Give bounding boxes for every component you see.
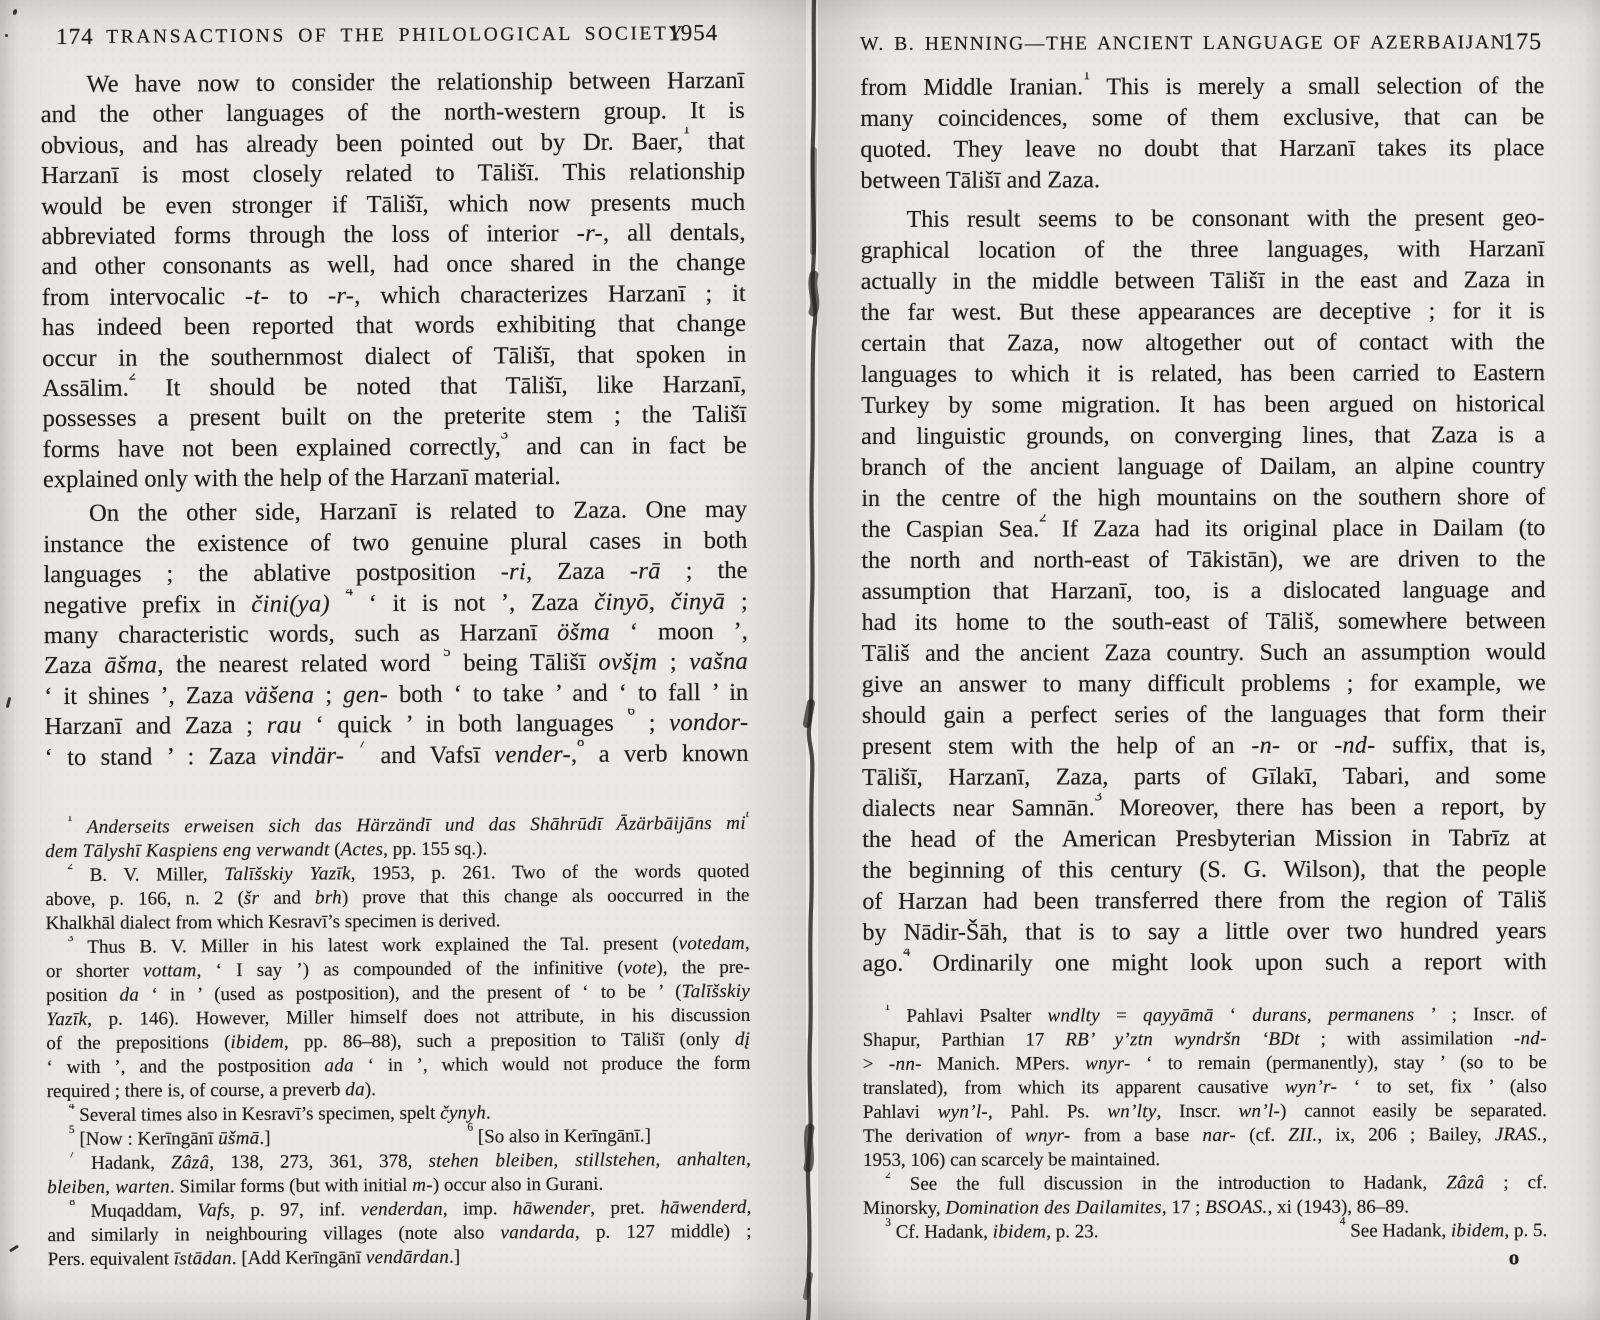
- text-line: ‘ with ’, and the postposition ada ‘ in …: [46, 1052, 750, 1080]
- left-page-footnotes: 1 Anderseits erweisen sich das Härzändī …: [45, 812, 752, 1272]
- left-header-year: 1954: [668, 20, 718, 46]
- text-line: and linguistic grounds, on converging li…: [861, 420, 1545, 453]
- footnote: 3 Cf. Hadank, ibidem, p. 23.4 See Hadank…: [863, 1219, 1547, 1245]
- footnote: 7 Hadank, Zâzâ, 138, 273, 361, 378, steh…: [47, 1148, 751, 1200]
- text-line: On the other side, Harzanī is related to…: [43, 495, 747, 530]
- footnote-pair-left: 5 [Now : Kerīngānī ūšmā.]: [47, 1127, 271, 1152]
- binding-gutter-line: [780, 0, 840, 1320]
- footnote: 3 Thus B. V. Miller in his latest work e…: [46, 932, 751, 1104]
- right-page-body: from Middle Iranian.1 This is merely a s…: [860, 71, 1546, 980]
- text-line: languages to which it is related, has be…: [861, 358, 1545, 391]
- text-line: ‘ to stand ’ : Zaza vindär- 7 and Vafsī …: [45, 738, 749, 773]
- left-running-title: TRANSACTIONS OF THE PHILOLOGICAL SOCIETY: [106, 23, 678, 48]
- text-line: the north and north-east of Tākistān), w…: [861, 544, 1545, 577]
- scan-margin-mark: [6, 697, 12, 708]
- text-line: Pers. equivalent īstādan. [Add Kerīngānī…: [48, 1244, 752, 1272]
- text-line: and the other languages of the north-wes…: [41, 96, 745, 131]
- footnote: 1 Anderseits erweisen sich das Härzändī …: [45, 812, 749, 864]
- text-line: obvious, and has already been pointed ou…: [41, 127, 745, 162]
- text-line: by Nādir-Šāh, that is to say a little ov…: [862, 916, 1546, 949]
- footnote: 2 See the full discussion in the introdu…: [863, 1171, 1547, 1221]
- footnote-pair-right: 6 [So also in Kerīngānī.]: [467, 1124, 651, 1149]
- text-line: Zaza āšma, the nearest related word 5 be…: [44, 647, 748, 682]
- text-line: actually in the middle between Tālišī in…: [861, 265, 1545, 298]
- text-line: give an answer to many difficult problem…: [862, 668, 1546, 701]
- text-line: instance the existence of two genuine pl…: [43, 526, 747, 561]
- text-line: We have now to consider the relationship…: [40, 66, 744, 101]
- text-line: branch of the ancient language of Dailam…: [861, 451, 1545, 484]
- text-line: 1 Anderseits erweisen sich das Härzändī …: [45, 812, 749, 840]
- text-line: Shapur, Parthian 17 RB’ y’ztn wyndršn ‘B…: [863, 1027, 1547, 1053]
- text-line: Minorsky, Domination des Dailamites, 17 …: [863, 1195, 1547, 1221]
- footnote: 1 Pahlavi Psalter wndlty = qayyāmā ‘ dur…: [863, 1003, 1547, 1173]
- text-line: and other consonants as well, had once s…: [42, 248, 746, 283]
- book-scan: 174 TRANSACTIONS OF THE PHILOLOGICAL SOC…: [0, 0, 1600, 1320]
- text-line: Pahlavi wyn’l-, Pahl. Ps. wn’lty, Inscr.…: [863, 1099, 1547, 1125]
- text-line: the head of the American Presbyterian Mi…: [862, 823, 1546, 856]
- scan-speck: [5, 34, 8, 37]
- text-line: from Middle Iranian.1 This is merely a s…: [860, 71, 1544, 104]
- text-line: should gain a perfect series of the lang…: [862, 699, 1546, 732]
- text-line: 2 See the full discussion in the introdu…: [863, 1171, 1547, 1197]
- page-left: 174 TRANSACTIONS OF THE PHILOLOGICAL SOC…: [40, 0, 752, 1320]
- text-line: the far west. But these appearances are …: [861, 296, 1545, 329]
- printer-signature-mark: o: [1509, 1245, 1520, 1270]
- text-line: occur in the southernmost dialect of Tāl…: [42, 339, 746, 374]
- page-right: W. B. HENNING—THE ANCIENT LANGUAGE OF AZ…: [860, 0, 1547, 1320]
- text-line: many coincidences, some of them exclusiv…: [860, 102, 1544, 135]
- text-line: languages ; the ablative postposition -r…: [43, 556, 747, 591]
- text-line: negative prefix in čini(ya) 4 ‘ it is no…: [44, 586, 748, 621]
- text-line: ago.4 Ordinarily one might look upon suc…: [862, 947, 1546, 980]
- text-line: The derivation of wnyr- from a base nar-…: [863, 1123, 1547, 1149]
- right-page-number: 175: [1503, 29, 1542, 56]
- paragraph: from Middle Iranian.1 This is merely a s…: [860, 71, 1544, 197]
- text-line: This result seems to be consonant with t…: [861, 203, 1545, 236]
- right-page-footnotes: 1 Pahlavi Psalter wndlty = qayyāmā ‘ dur…: [863, 1003, 1548, 1245]
- text-line: graphical location of the three language…: [861, 234, 1545, 267]
- scan-margin-mark: [9, 1245, 19, 1253]
- text-line: forms have not been explained correctly,…: [43, 431, 747, 466]
- text-line: would be even stronger if Tālišī, which …: [41, 187, 745, 222]
- text-line: present stem with the help of an -n- or …: [862, 730, 1546, 763]
- text-line: Harzanī and Zaza ; rau ‘ quick ’ in both…: [44, 708, 748, 743]
- text-line: 1953, 106) can scarcely be maintained.: [863, 1147, 1547, 1173]
- footnote-pair-right: 4 See Hadank, ibidem, p. 5.: [1340, 1219, 1548, 1244]
- text-line: translated), from which its apparent cau…: [863, 1075, 1547, 1101]
- right-running-title: W. B. HENNING—THE ANCIENT LANGUAGE OF AZ…: [860, 32, 1446, 56]
- footnote: 2 B. V. Miller, Talīšskiy Yazīk, 1953, p…: [45, 860, 749, 936]
- text-line: quoted. They leave no doubt that Harzanī…: [860, 133, 1544, 166]
- text-line: and similarly in neighbouring villages (…: [47, 1220, 751, 1248]
- right-running-header: W. B. HENNING—THE ANCIENT LANGUAGE OF AZ…: [860, 29, 1544, 61]
- text-line: in the centre of the high mountains on t…: [861, 482, 1545, 515]
- text-line: the Caspian Sea.2 If Zaza had its origin…: [861, 513, 1545, 546]
- paragraph: We have now to consider the relationship…: [40, 66, 747, 496]
- text-line: between Tālišī and Zaza.: [860, 164, 1544, 197]
- text-line: Tālišī, Harzanī, Zaza, parts of Gīlakī, …: [862, 761, 1546, 794]
- text-line: the beginning of this century (S. G. Wil…: [862, 854, 1546, 887]
- footnote-pair-left: 3 Cf. Hadank, ibidem, p. 23.: [863, 1220, 1098, 1245]
- text-line: 7 Hadank, Zâzâ, 138, 273, 361, 378, steh…: [47, 1148, 751, 1176]
- footnote: 8 Muqaddam, Vafs, p. 97, inf. venderdan,…: [47, 1196, 751, 1272]
- text-line: above, p. 166, n. 2 (šr and brh) prove t…: [45, 884, 749, 912]
- paragraph: On the other side, Harzanī is related to…: [43, 495, 749, 773]
- text-line: certain that Zaza, now altogether out of…: [861, 327, 1545, 360]
- text-line: 1 Pahlavi Psalter wndlty = qayyāmā ‘ dur…: [863, 1003, 1547, 1029]
- text-line: of Harzan had been transferred there fro…: [862, 885, 1546, 918]
- scan-speck: [12, 8, 18, 15]
- text-line: had its home to the south-east of Tāliš,…: [862, 606, 1546, 639]
- text-line: abbreviated forms through the loss of in…: [41, 218, 745, 253]
- text-line: explained only with the help of the Harz…: [43, 461, 747, 496]
- text-line: Turkey by some migration. It has been ar…: [861, 389, 1545, 422]
- paragraph: This result seems to be consonant with t…: [861, 203, 1547, 980]
- text-line: Tāliš and the ancient Zaza country. Such…: [862, 637, 1546, 670]
- text-line: from intervocalic -t- to -r-, which char…: [42, 279, 746, 314]
- text-line: ‘ it shines ’, Zaza väšena ; gen- both ‘…: [44, 678, 748, 713]
- text-line: Harzanī is most closely related to Tāliš…: [41, 157, 745, 192]
- text-line: assumption that Harzanī, too, is a dislo…: [862, 575, 1546, 608]
- text-line: possesses a present built on the preteri…: [42, 400, 746, 435]
- text-line: Assālim.2 It should be noted that Tālišī…: [42, 370, 746, 405]
- text-line: > -nn- Manich. MPers. wnyr- ‘ to remain …: [863, 1051, 1547, 1077]
- left-page-body: We have now to consider the relationship…: [40, 66, 748, 773]
- text-line: many characteristic words, such as Harza…: [44, 617, 748, 652]
- left-page-number: 174: [56, 24, 94, 50]
- left-running-header: 174 TRANSACTIONS OF THE PHILOLOGICAL SOC…: [40, 20, 744, 54]
- text-line: dialects near Samnān.3 Moreover, there h…: [862, 792, 1546, 825]
- text-line: has indeed been reported that words exhi…: [42, 309, 746, 344]
